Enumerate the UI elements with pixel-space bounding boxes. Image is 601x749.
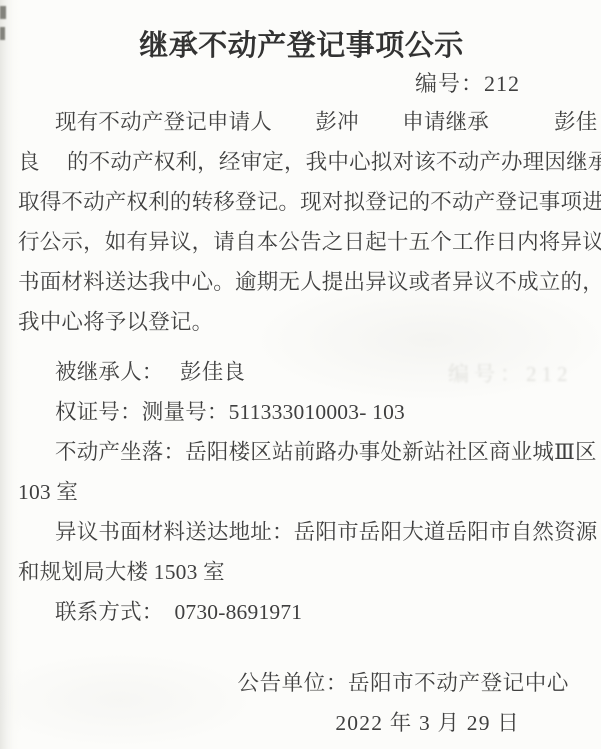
scanned-notice-document: 编号：212 继承不动产登记事项公示 编号：212 现有不动产登记申请人 彭冲 …	[0, 0, 601, 749]
contact-phone-line: 联系方式： 0730-8691971	[18, 592, 585, 632]
scan-edge-artifact	[0, 27, 5, 40]
body-line: 现有不动产登记申请人 彭冲 申请继承 彭佳	[18, 102, 585, 142]
property-location-line: 不动产坐落：岳阳楼区站前路办事处新站社区商业城Ⅲ区	[18, 432, 585, 472]
notice-footer: 公告单位：岳阳市不动产登记中心 2022 年 3 月 29 日	[18, 663, 585, 743]
date-line: 2022 年 3 月 29 日	[18, 703, 585, 743]
notice-body-paragraph: 现有不动产登记申请人 彭冲 申请继承 彭佳 良 的不动产权利，经审定，我中心拟对…	[18, 102, 585, 342]
objection-address-line: 异议书面材料送达地址：岳阳市岳阳大道岳阳市自然资源	[18, 512, 585, 552]
body-line: 我中心将予以登记。	[18, 302, 585, 342]
serial-number-line: 编号：212	[18, 66, 585, 102]
certificate-number-line: 权证号：测量号：511333010003- 103	[18, 392, 585, 432]
body-line: 良 的不动产权利，经审定，我中心拟对该不动产办理因继承	[18, 142, 585, 182]
notice-title: 继承不动产登记事项公示	[18, 26, 585, 66]
property-location-continuation: 103 室	[18, 472, 585, 512]
objection-address-continuation: 和规划局大楼 1503 室	[18, 552, 585, 592]
heir-line: 被继承人： 彭佳良	[18, 352, 585, 392]
body-line: 取得不动产权利的转移登记。现对拟登记的不动产登记事项进	[18, 182, 585, 222]
issuing-unit-line: 公告单位：岳阳市不动产登记中心	[18, 663, 585, 703]
scan-edge-artifact	[0, 6, 6, 19]
body-line: 书面材料送达我中心。逾期无人提出异议或者异议不成立的，	[18, 262, 585, 302]
notice-detail-section: 被继承人： 彭佳良 权证号：测量号：511333010003- 103 不动产坐…	[18, 352, 585, 632]
body-line: 行公示，如有异议，请自本公告之日起十五个工作日内将异议	[18, 222, 585, 262]
